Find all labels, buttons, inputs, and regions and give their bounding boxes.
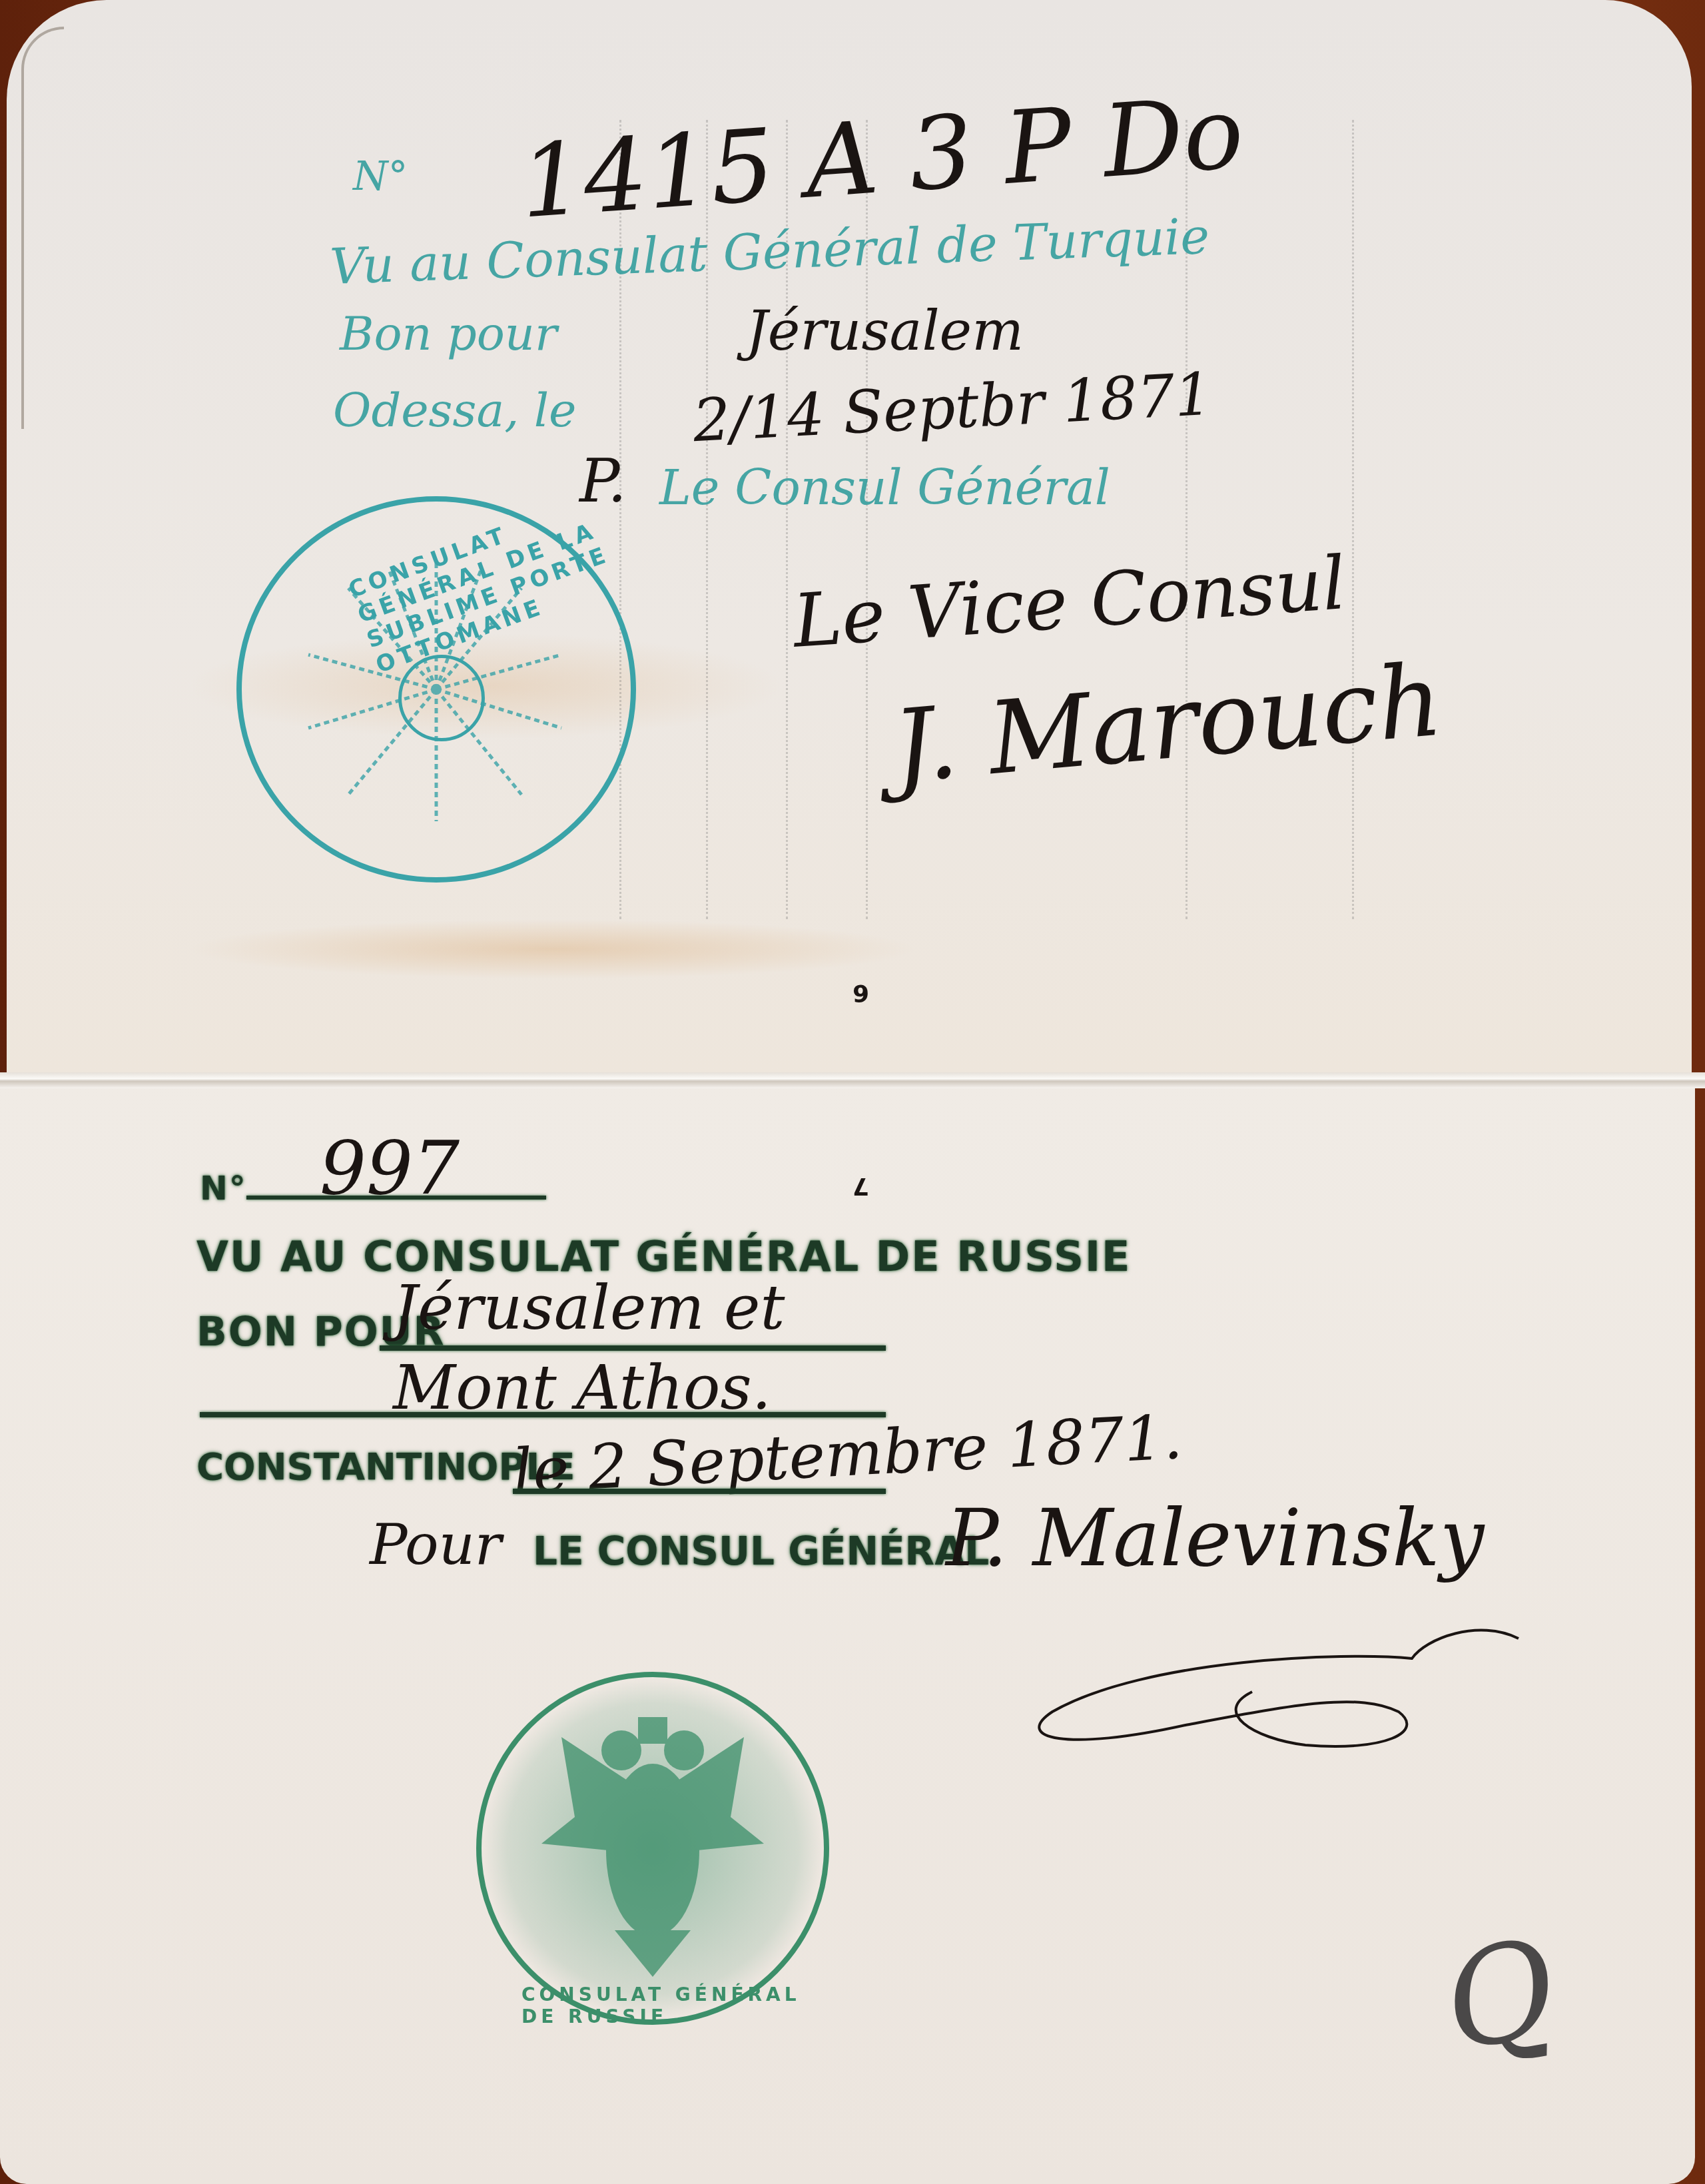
consul-general-title: Le Consul Général <box>659 460 1110 516</box>
faint-ruling-line <box>1352 120 1354 919</box>
stamp-underline <box>380 1345 886 1351</box>
visa-number: 997 <box>320 1126 460 1211</box>
destination-line-1: Jérusalem et <box>393 1272 785 1343</box>
stamp-number-label: N° <box>200 1169 247 1208</box>
page-edge-shadow <box>21 27 64 429</box>
stamp-underline <box>513 1489 886 1494</box>
double-headed-eagle-icon <box>482 1677 824 2019</box>
pour-label: Pour <box>370 1512 502 1577</box>
consul-general-label: LE CONSUL GÉNÉRAL <box>533 1529 989 1574</box>
destination-jerusalem: Jérusalem <box>746 300 1024 363</box>
date-place-label: Odessa, le <box>333 383 577 438</box>
page-number-bottom: 7 <box>852 1172 869 1200</box>
bon-pour-label: Bon pour <box>340 306 557 361</box>
russian-consulate-seal: CONSULAT GÉNÉRAL DE RUSSIE <box>476 1672 829 2025</box>
stamp-underline <box>200 1412 886 1417</box>
page-number-top: 6 <box>852 979 869 1006</box>
page-fold <box>0 1072 1705 1088</box>
ottoman-consulate-seal: CONSULAT GÉNÉRAL DE LA SUBLIME PORTE OTT… <box>236 496 636 883</box>
seal-inscription: CONSULAT GÉNÉRAL DE RUSSIE <box>521 1984 824 2027</box>
age-stain <box>186 919 919 979</box>
stamp-number-label: N° <box>353 153 408 200</box>
signature-flourish <box>1012 1612 1532 1758</box>
consul-signature: P. Malevinsky <box>946 1492 1484 1584</box>
